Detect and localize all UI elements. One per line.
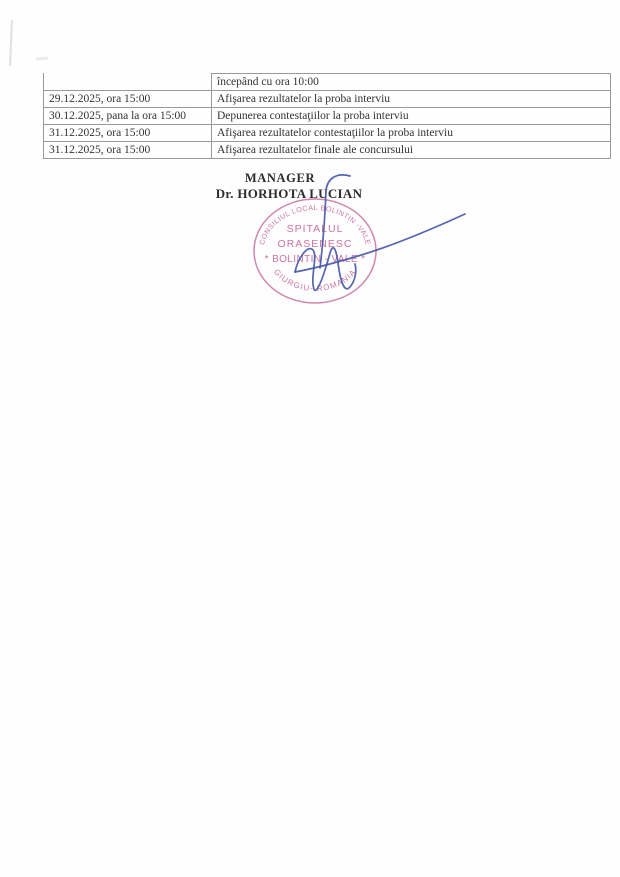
schedule-table: începând cu ora 10:00 29.12.2025, ora 15…	[43, 73, 611, 159]
table-cell-action: Afişarea rezultatelor contestaţiilor la …	[212, 125, 611, 142]
table-row: începând cu ora 10:00	[44, 74, 611, 91]
table-row: 31.12.2025, ora 15:00 Afişarea rezultate…	[44, 142, 611, 159]
scan-artifact-smudge	[36, 57, 48, 61]
table-cell-date: 29.12.2025, ora 15:00	[44, 91, 212, 108]
table-row: 31.12.2025, ora 15:00 Afişarea rezultate…	[44, 125, 611, 142]
scan-artifact-scratch	[9, 20, 13, 66]
scanned-document-page: începând cu ora 10:00 29.12.2025, ora 15…	[0, 0, 620, 877]
table-cell-date	[44, 74, 212, 91]
stamp-center-line2: ORASENESC	[278, 238, 353, 250]
table-row: 29.12.2025, ora 15:00 Afişarea rezultate…	[44, 91, 611, 108]
stamp-center-line1: SPITALUL	[287, 223, 344, 235]
table-cell-date: 31.12.2025, ora 15:00	[44, 142, 212, 159]
table-cell-action: Depunerea contestaţiilor la proba interv…	[212, 108, 611, 125]
table-cell-date: 30.12.2025, pana la ora 15:00	[44, 108, 212, 125]
table-cell-action: Afişarea rezultatelor finale ale concurs…	[212, 142, 611, 159]
official-stamp-and-signature: CONSILIUL LOCAL BOLINTIN -VALE GIURGIU- …	[225, 165, 485, 315]
table-cell-action: începând cu ora 10:00	[212, 74, 611, 91]
table-cell-action: Afişarea rezultatelor la proba interviu	[212, 91, 611, 108]
table-row: 30.12.2025, pana la ora 15:00 Depunerea …	[44, 108, 611, 125]
table-cell-date: 31.12.2025, ora 15:00	[44, 125, 212, 142]
